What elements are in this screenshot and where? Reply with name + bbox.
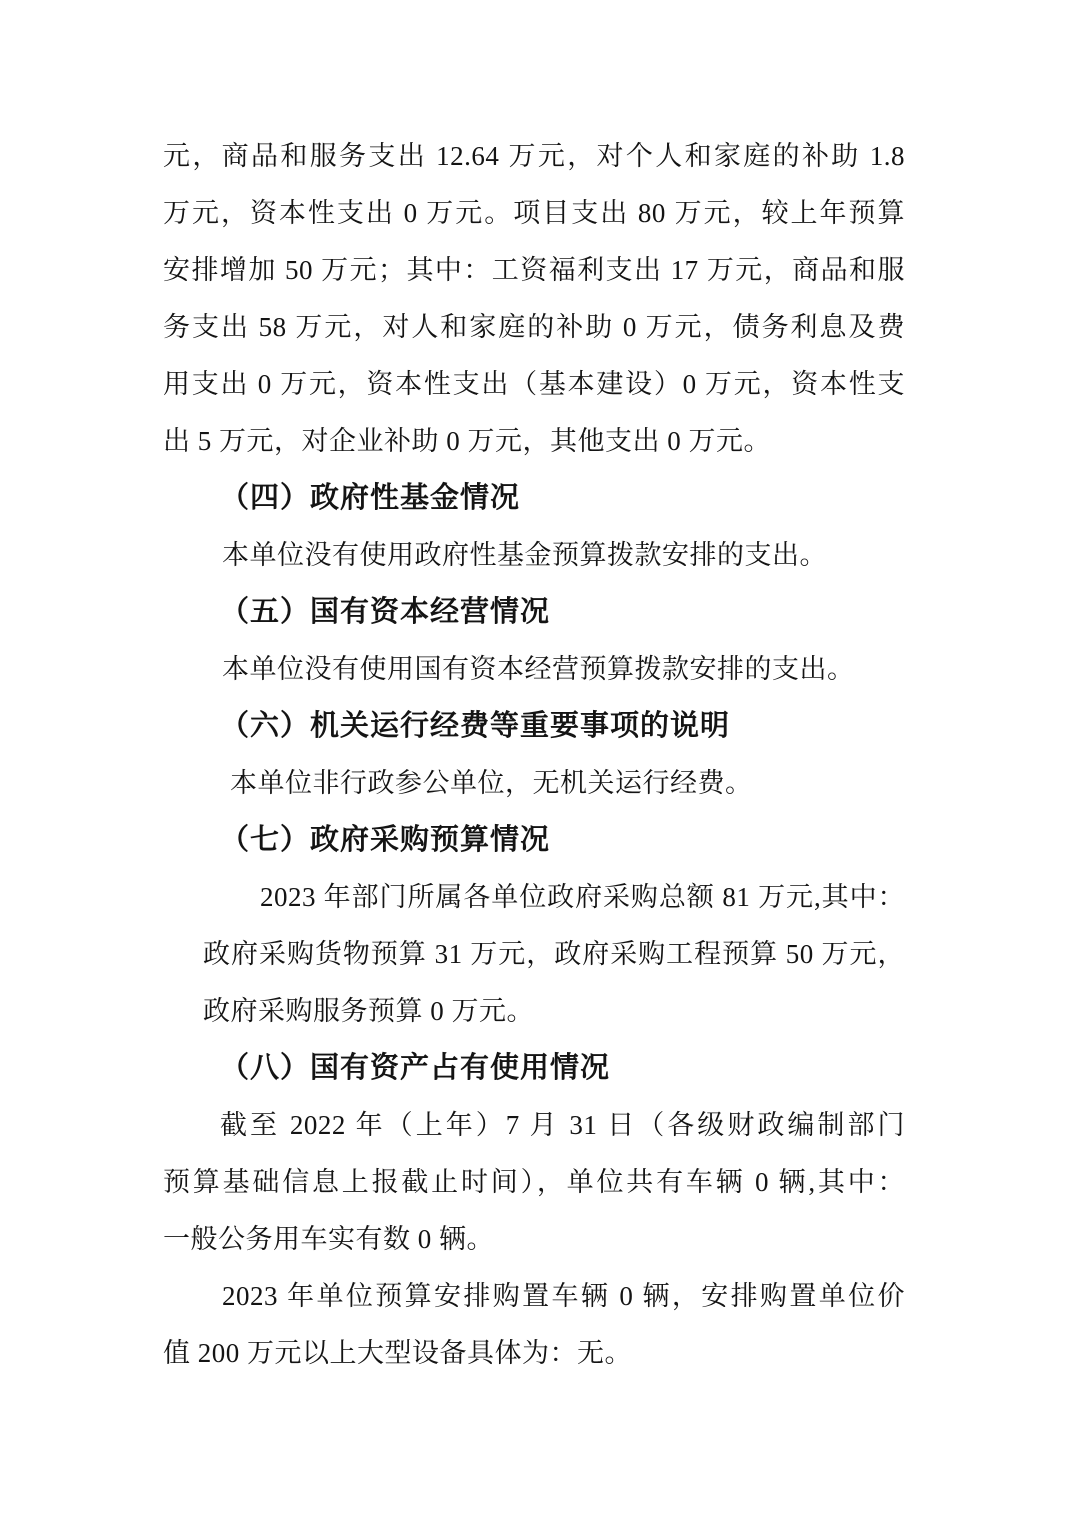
section-heading: （五）国有资本经营情况 [220,584,905,641]
document-line: 政府采购货物预算 31 万元，政府采购工程预算 50 万元， [203,926,905,983]
document-line: 务支出 58 万元，对人和家庭的补助 0 万元，债务利息及费 [163,299,905,356]
document-line: 预算基础信息上报截止时间），单位共有车辆 0 辆,其中： [163,1154,905,1211]
document-line: 万元，资本性支出 0 万元。项目支出 80 万元，较上年预算 [163,185,905,242]
document-page: 元，商品和服务支出 12.64 万元，对个人和家庭的补助 1.8万元，资本性支出… [0,0,1074,1520]
document-line: 政府采购服务预算 0 万元。 [203,983,905,1040]
document-line: 出 5 万元，对企业补助 0 万元，其他支出 0 万元。 [163,413,905,470]
section-heading: （六）机关运行经费等重要事项的说明 [220,698,905,755]
document-line: 2023 年单位预算安排购置车辆 0 辆，安排购置单位价 [163,1268,905,1325]
section-heading: （八）国有资产占有使用情况 [220,1040,905,1097]
document-line: 本单位没有使用国有资本经营预算拨款安排的支出。 [222,641,905,698]
section-heading: （四）政府性基金情况 [220,470,905,527]
document-line: 用支出 0 万元，资本性支出（基本建设）0 万元，资本性支 [163,356,905,413]
document-line: 本单位非行政参公单位，无机关运行经费。 [230,755,905,812]
document-line: 元，商品和服务支出 12.64 万元，对个人和家庭的补助 1.8 [163,128,905,185]
document-line: 安排增加 50 万元；其中：工资福利支出 17 万元，商品和服 [163,242,905,299]
document-line: 值 200 万元以上大型设备具体为：无。 [163,1325,905,1382]
document-line: 本单位没有使用政府性基金预算拨款安排的支出。 [222,527,905,584]
document-line: 一般公务用车实有数 0 辆。 [163,1211,905,1268]
document-line: 截至 2022 年（上年）7 月 31 日（各级财政编制部门 [163,1097,905,1154]
document-line: 2023 年部门所属各单位政府采购总额 81 万元,其中： [203,869,905,926]
section-heading: （七）政府采购预算情况 [220,812,905,869]
document-body: 元，商品和服务支出 12.64 万元，对个人和家庭的补助 1.8万元，资本性支出… [163,128,905,1382]
